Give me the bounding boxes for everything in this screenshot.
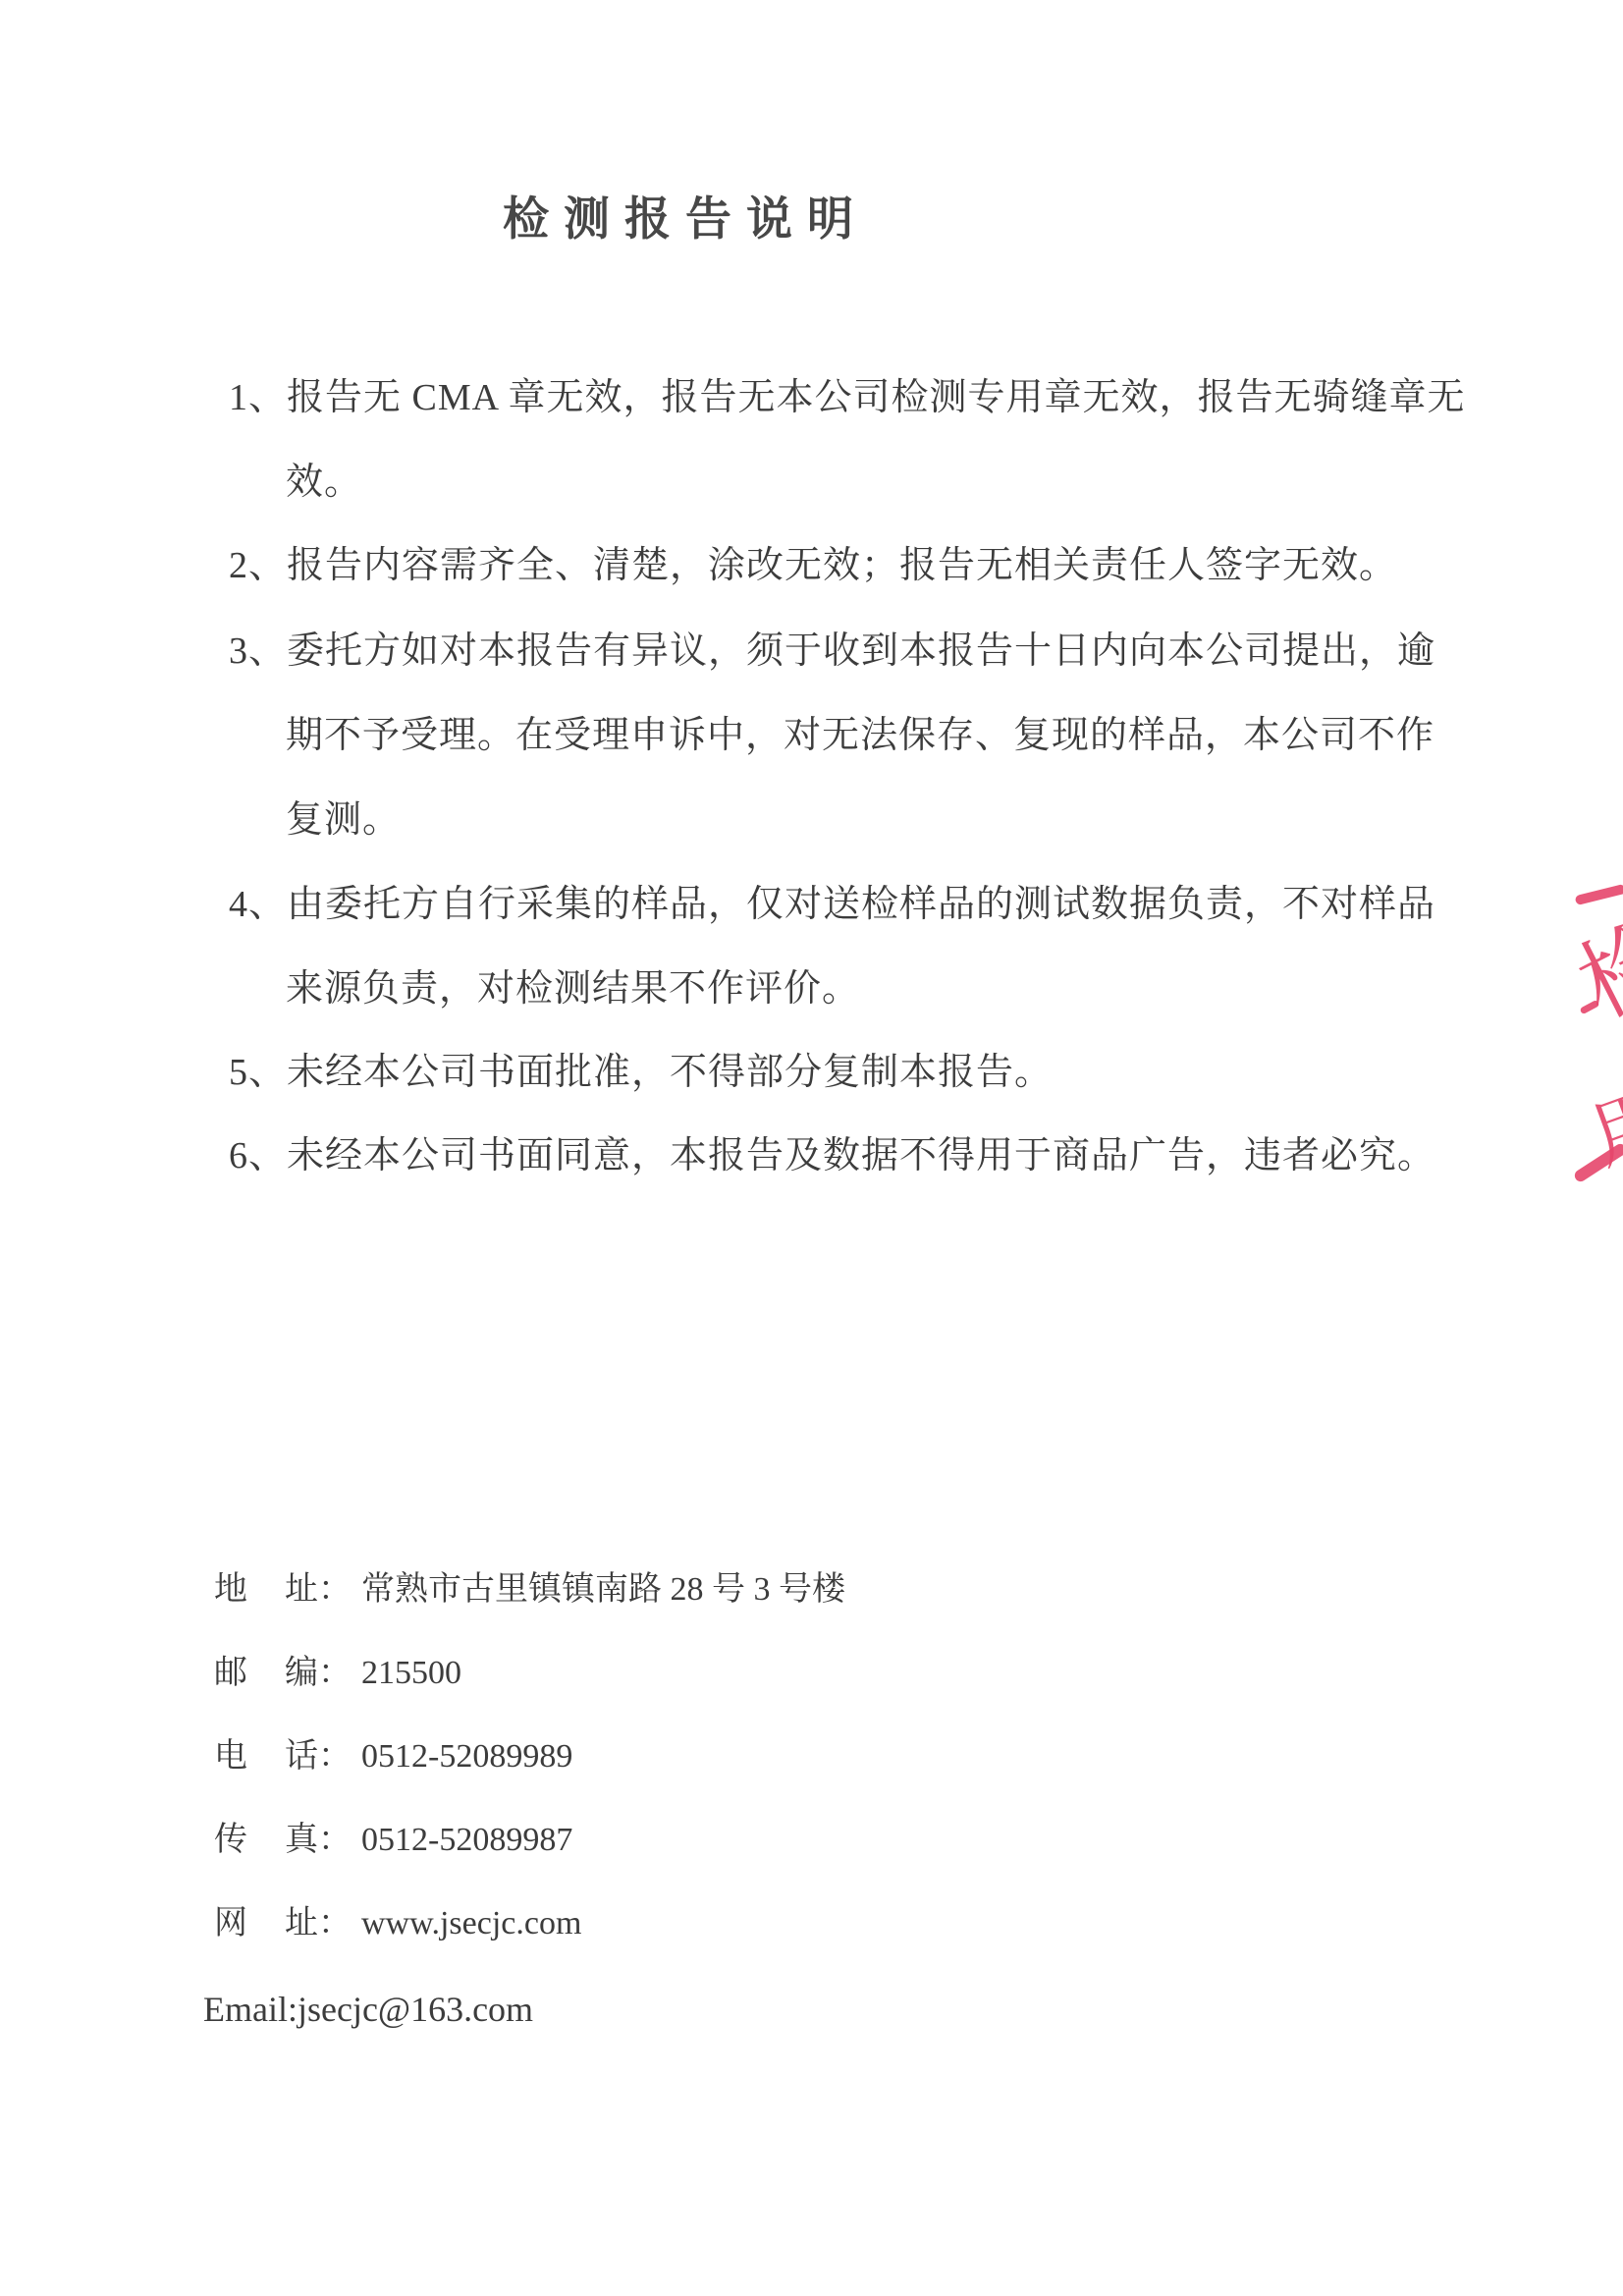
notice-line-4b: 来源负责，对检测结果不作评价。 <box>286 966 860 1011</box>
page-title: 检测报告说明 <box>503 183 868 248</box>
contact-label-tail: 编： <box>285 1655 352 1691</box>
red-seal-fragment-char: 检 <box>1553 886 1623 1042</box>
contact-label-tail: 话： <box>285 1738 352 1775</box>
contact-row-phone: 电话：0512-52089989 <box>214 1736 572 1777</box>
notice-line-1: 1、报告无 CMA 章无效，报告无本公司检测专用章无效，报告无骑缝章无 <box>229 375 1465 420</box>
contact-label: 邮 <box>214 1653 285 1694</box>
notice-line-4: 4、由委托方自行采集的样品，仅对送检样品的测试数据负责，不对样品 <box>229 882 1435 927</box>
notice-line-5: 5、未经本公司书面批准，不得部分复制本报告。 <box>229 1050 1053 1095</box>
contact-value-zipcode: 215500 <box>361 1653 461 1694</box>
contact-label: 传 <box>214 1820 285 1861</box>
contact-value-fax: 0512-52089987 <box>361 1820 572 1861</box>
notice-line-3c: 复测。 <box>286 797 401 843</box>
contact-label-tail: 址： <box>285 1571 352 1608</box>
notice-line-3: 3、委托方如对本报告有异议，须于收到本报告十日内向本公司提出，逾 <box>229 629 1435 674</box>
notice-line-6: 6、未经本公司书面同意，本报告及数据不得用于商品广告，违者必究。 <box>229 1133 1435 1178</box>
contact-label-tail: 址： <box>285 1905 352 1941</box>
contact-value-website: www.jsecjc.com <box>361 1903 581 1944</box>
notice-line-3b: 期不予受理。在受理申诉中，对无法保存、复现的样品，本公司不作 <box>286 713 1434 758</box>
contact-row-fax: 传真：0512-52089987 <box>214 1820 572 1861</box>
contact-row-address: 地址：常熟市古里镇镇南路 28 号 3 号楼 <box>214 1569 845 1611</box>
notice-line-1b: 效。 <box>286 460 362 505</box>
contact-row-website: 网址：www.jsecjc.com <box>214 1903 581 1944</box>
contact-label: 电 <box>214 1736 285 1777</box>
contact-value-address: 常熟市古里镇镇南路 28 号 3 号楼 <box>361 1569 845 1611</box>
contact-label: 网 <box>214 1903 285 1944</box>
report-notice-page: 检测报告说明 1、报告无 CMA 章无效，报告无本公司检测专用章无效，报告无骑缝… <box>0 0 1623 2296</box>
contact-row-zipcode: 邮编：215500 <box>214 1653 461 1694</box>
contact-label-tail: 真： <box>285 1822 352 1858</box>
notice-line-2: 2、报告内容需齐全、清楚，涂改无效；报告无相关责任人签字无效。 <box>229 543 1397 588</box>
contact-row-email: Email:jsecjc@163.com <box>203 1988 533 2031</box>
contact-label: 地 <box>214 1569 285 1611</box>
contact-value-phone: 0512-52089989 <box>361 1736 572 1777</box>
